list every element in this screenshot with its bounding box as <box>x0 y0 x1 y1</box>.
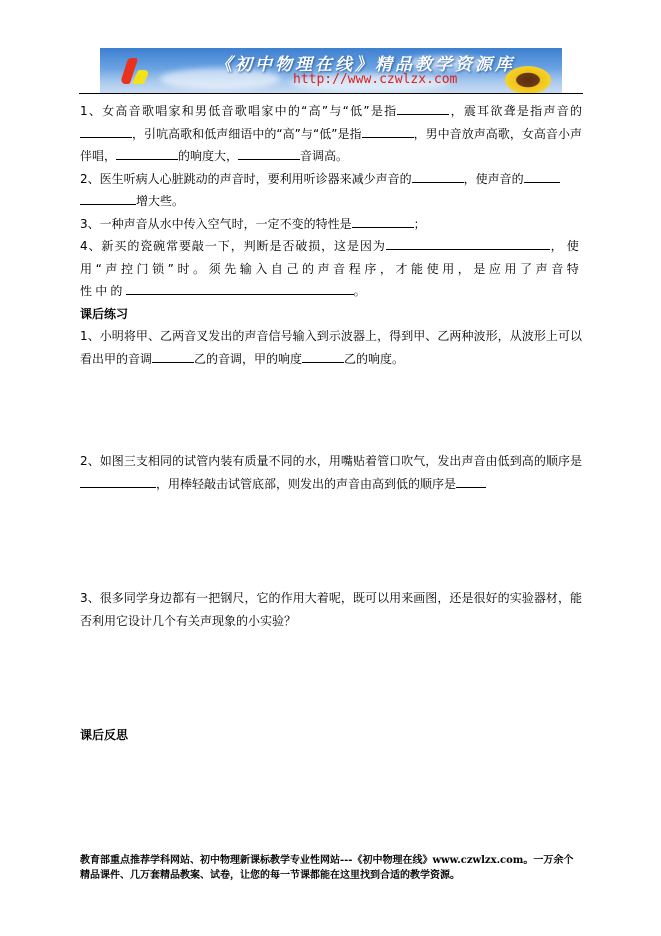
exercise-1: 1、小明将甲、乙两音叉发出的声音信号输入到示波器上，得到甲、乙两种波形，从波形上… <box>80 325 582 370</box>
question-2: 2、医生听病人心脏跳动的声音时，要利用听诊器来减少声音的，使声音的增大些。 <box>80 168 582 213</box>
question-text: 。 <box>354 284 366 298</box>
answer-blank[interactable] <box>524 169 560 183</box>
question-4: 4、新买的瓷碗常要敲一下，判断是否破损，这是因为，使用“声控门锁”时。须先输入自… <box>80 235 582 303</box>
question-text: ，引吭高歌和低声细语中的“高”与“低”是指 <box>132 127 362 141</box>
answer-blank[interactable] <box>352 214 414 228</box>
answer-blank[interactable] <box>80 191 136 205</box>
question-text: ； <box>414 217 426 231</box>
question-text: ，震耳欲聋是指声音的 <box>449 104 582 118</box>
exercise-3: 3、很多同学身边都有一把钢尺，它的作用大着呢，既可以用来画图，还是很好的实验器材… <box>80 587 582 632</box>
answer-blank[interactable] <box>152 349 194 363</box>
question-text: 的响度大， <box>178 149 238 163</box>
banner-url: http://www.czwlzx.com <box>293 72 457 87</box>
question-1: 1、女高音歌唱家和男低音歌唱家中的“高”与“低”是指，震耳欲聋是指声音的，引吭高… <box>80 100 582 168</box>
document-body: 1、女高音歌唱家和男低音歌唱家中的“高”与“低”是指，震耳欲聋是指声音的，引吭高… <box>80 100 582 747</box>
sunflower-image <box>505 66 551 93</box>
header-banner: 《初中物理在线》精品教学资源库 http://www.czwlzx.com <box>100 48 562 93</box>
spacer <box>80 632 582 724</box>
answer-blank[interactable] <box>386 236 550 250</box>
question-text: 3、一种声音从水中传入空气时，一定不变的特性是 <box>80 217 352 231</box>
question-text: ，使声音的 <box>464 172 524 186</box>
answer-blank[interactable] <box>80 124 132 138</box>
answer-blank[interactable] <box>362 124 414 138</box>
question-text: 4、新买的瓷碗常要敲一下，判断是否破损，这是因为 <box>80 239 386 253</box>
question-text: 乙的音调，甲的响度 <box>194 352 302 366</box>
spacer <box>80 370 582 450</box>
answer-blank[interactable] <box>412 169 464 183</box>
question-text: 增大些。 <box>136 194 184 208</box>
answer-blank[interactable] <box>80 474 156 488</box>
answer-blank[interactable] <box>397 101 449 115</box>
exercise-2: 2、如图三支相同的试管内装有质量不同的水，用嘴贴着管口吹气，发出声音由低到高的顺… <box>80 450 582 495</box>
answer-blank[interactable] <box>456 474 486 488</box>
question-text: ，用棒轻敲击试管底部，则发出的声音由高到低的顺序是 <box>156 477 456 491</box>
question-text: 乙的响度。 <box>344 352 404 366</box>
answer-blank[interactable] <box>116 146 178 160</box>
answer-blank[interactable] <box>302 349 344 363</box>
answer-blank[interactable] <box>126 281 354 295</box>
question-text: 音调高。 <box>300 149 348 163</box>
question-text: 1、女高音歌唱家和男低音歌唱家中的“高”与“低”是指 <box>80 104 397 118</box>
question-text: 2、医生听病人心脏跳动的声音时，要利用听诊器来减少声音的 <box>80 172 412 186</box>
section-heading-reflection: 课后反思 <box>80 724 582 747</box>
footer-note: 教育部重点推荐学科网站、初中物理新课标教学专业性网站---《初中物理在线》www… <box>80 853 582 883</box>
section-heading-exercises: 课后练习 <box>80 303 582 326</box>
logo-icon <box>132 70 151 84</box>
question-3: 3、一种声音从水中传入空气时，一定不变的特性是； <box>80 213 582 236</box>
question-text: 2、如图三支相同的试管内装有质量不同的水，用嘴贴着管口吹气，发出声音由低到高的顺… <box>80 454 582 468</box>
answer-blank[interactable] <box>238 146 300 160</box>
header-divider <box>79 93 583 94</box>
spacer <box>80 495 582 587</box>
